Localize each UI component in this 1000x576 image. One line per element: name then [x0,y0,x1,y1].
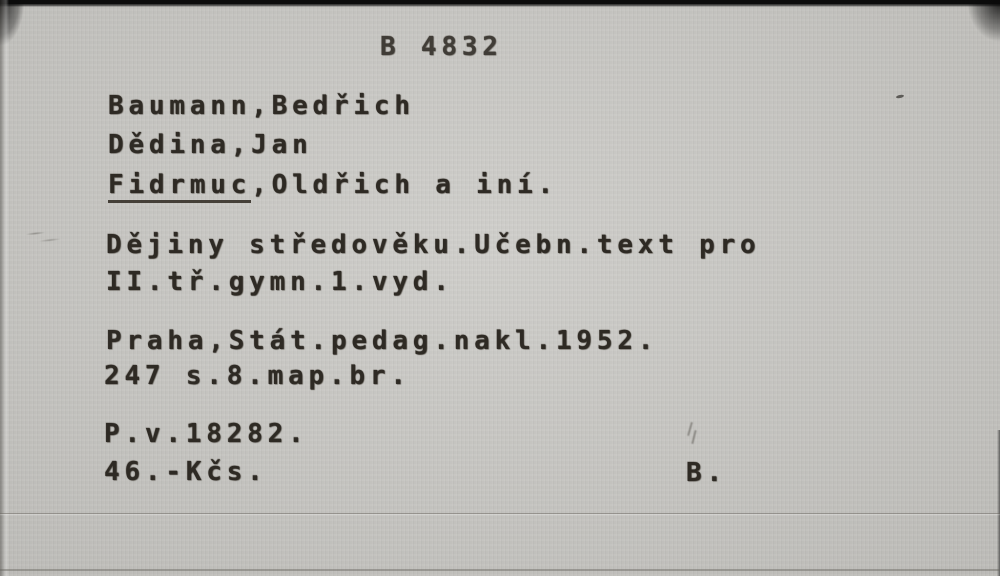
pencil-smudge [21,226,69,249]
call-number: B 4832 [380,32,503,62]
title-line-2: II.tř.gymn.1.vyd. [106,267,454,297]
bottom-edge-line [0,569,1000,571]
title-line-1: Dějiny středověku.Učebn.text pro [106,230,761,260]
author-line-2: Dědina,Jan [108,130,313,160]
accession-number: P.v.18282. [104,419,309,449]
author-surname-underlined: Fidrmuc [108,170,251,203]
author-line-1: Baumann,Bedřich [108,91,415,121]
ink-speck [896,94,904,99]
card-seam-line [0,513,1000,514]
price: 46.-Kčs. [104,457,268,487]
cataloguer-initial: B. [686,458,727,488]
pencil-mark [685,422,699,448]
imprint-publication: Praha,Stát.pedag.nakl.1952. [106,326,658,356]
corner-shadow-right [956,0,1000,56]
author-line-3: Fidrmuc,Oldřich a iní. [108,170,558,200]
catalog-card: B 4832 Baumann,Bedřich Dědina,Jan Fidrmu… [0,0,1000,576]
left-edge-shadow [0,0,9,576]
imprint-collation: 247 s.8.map.br. [104,361,411,391]
author-line-3-rest: ,Oldřich a iní. [251,170,558,200]
top-edge-shadow [0,0,1000,7]
